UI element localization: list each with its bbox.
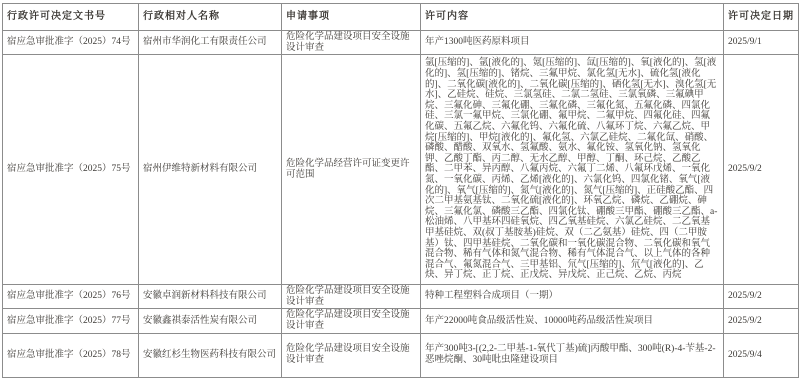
license-table: 行政许可决定文书号 行政相对人名称 申请事项 许可内容 许可决定日期 宿应急审批… (2, 3, 799, 378)
cell-license-content: 特种工程塑料合成项目（一期） (421, 285, 724, 309)
cell-doc-no: 宿应急审批准字（2025）74号 (3, 31, 139, 55)
column-header-license-content: 许可内容 (421, 4, 724, 31)
column-header-application-matter: 申请事项 (282, 4, 421, 31)
cell-decision-date: 2025/9/4 (724, 333, 799, 377)
cell-company-name: 安徽红杉生物医药科技有限公司 (139, 333, 282, 377)
cell-license-content: 年产300吨3-[(2,2-二甲基-1-氧代丁基)硫]丙酸甲酯、300吨(R)-… (421, 333, 724, 377)
table-row: 宿应急审批准字（2025）74号宿州市华润化工有限责任公司危险化学品建设项目安全… (3, 31, 799, 55)
cell-decision-date: 2025/9/2 (724, 309, 799, 333)
header-row: 行政许可决定文书号 行政相对人名称 申请事项 许可内容 许可决定日期 (3, 4, 799, 31)
column-header-doc-no: 行政许可决定文书号 (3, 4, 139, 31)
cell-application-matter: 危险化学品建设项目安全设施设计审查 (282, 285, 421, 309)
table-row: 宿应急审批准字（2025）78号安徽红杉生物医药科技有限公司危险化学品建设项目安… (3, 333, 799, 377)
cell-license-content: 氩[压缩的]、氩[液化的]、氪[压缩的]、氙[压缩的]、氧[液化的]、氢[液化的… (421, 55, 724, 285)
cell-company-name: 安徽鑫祺泰活性炭有限公司 (139, 309, 282, 333)
cell-decision-date: 2025/9/2 (724, 285, 799, 309)
cell-doc-no: 宿应急审批准字（2025）77号 (3, 309, 139, 333)
cell-company-name: 宿州市华润化工有限责任公司 (139, 31, 282, 55)
cell-company-name: 宿州伊维特新材料有限公司 (139, 55, 282, 285)
table-row: 宿应急审批准字（2025）75号宿州伊维特新材料有限公司危险化学品经营许可证变更… (3, 55, 799, 285)
cell-doc-no: 宿应急审批准字（2025）76号 (3, 285, 139, 309)
cell-doc-no: 宿应急审批准字（2025）75号 (3, 55, 139, 285)
cell-license-content: 年产22000吨食品级活性炭、10000吨药品级活性炭项目 (421, 309, 724, 333)
cell-decision-date: 2025/9/2 (724, 55, 799, 285)
column-header-company-name: 行政相对人名称 (139, 4, 282, 31)
cell-license-content: 年产1300吨医药原料项目 (421, 31, 724, 55)
cell-company-name: 安徽卓润新材料科技有限公司 (139, 285, 282, 309)
cell-doc-no: 宿应急审批准字（2025）78号 (3, 333, 139, 377)
cell-application-matter: 危险化学品建设项目安全设施设计审查 (282, 309, 421, 333)
table-row: 宿应急审批准字（2025）77号安徽鑫祺泰活性炭有限公司危险化学品建设项目安全设… (3, 309, 799, 333)
cell-decision-date: 2025/9/1 (724, 31, 799, 55)
column-header-decision-date: 许可决定日期 (724, 4, 799, 31)
table-row: 宿应急审批准字（2025）76号安徽卓润新材料科技有限公司危险化学品建设项目安全… (3, 285, 799, 309)
license-table-header: 行政许可决定文书号 行政相对人名称 申请事项 许可内容 许可决定日期 (3, 4, 799, 31)
cell-application-matter: 危险化学品建设项目安全设施设计审查 (282, 333, 421, 377)
license-table-body: 宿应急审批准字（2025）74号宿州市华润化工有限责任公司危险化学品建设项目安全… (3, 31, 799, 378)
cell-application-matter: 危险化学品经营许可证变更许可范围 (282, 55, 421, 285)
cell-application-matter: 危险化学品建设项目安全设施设计审查 (282, 31, 421, 55)
